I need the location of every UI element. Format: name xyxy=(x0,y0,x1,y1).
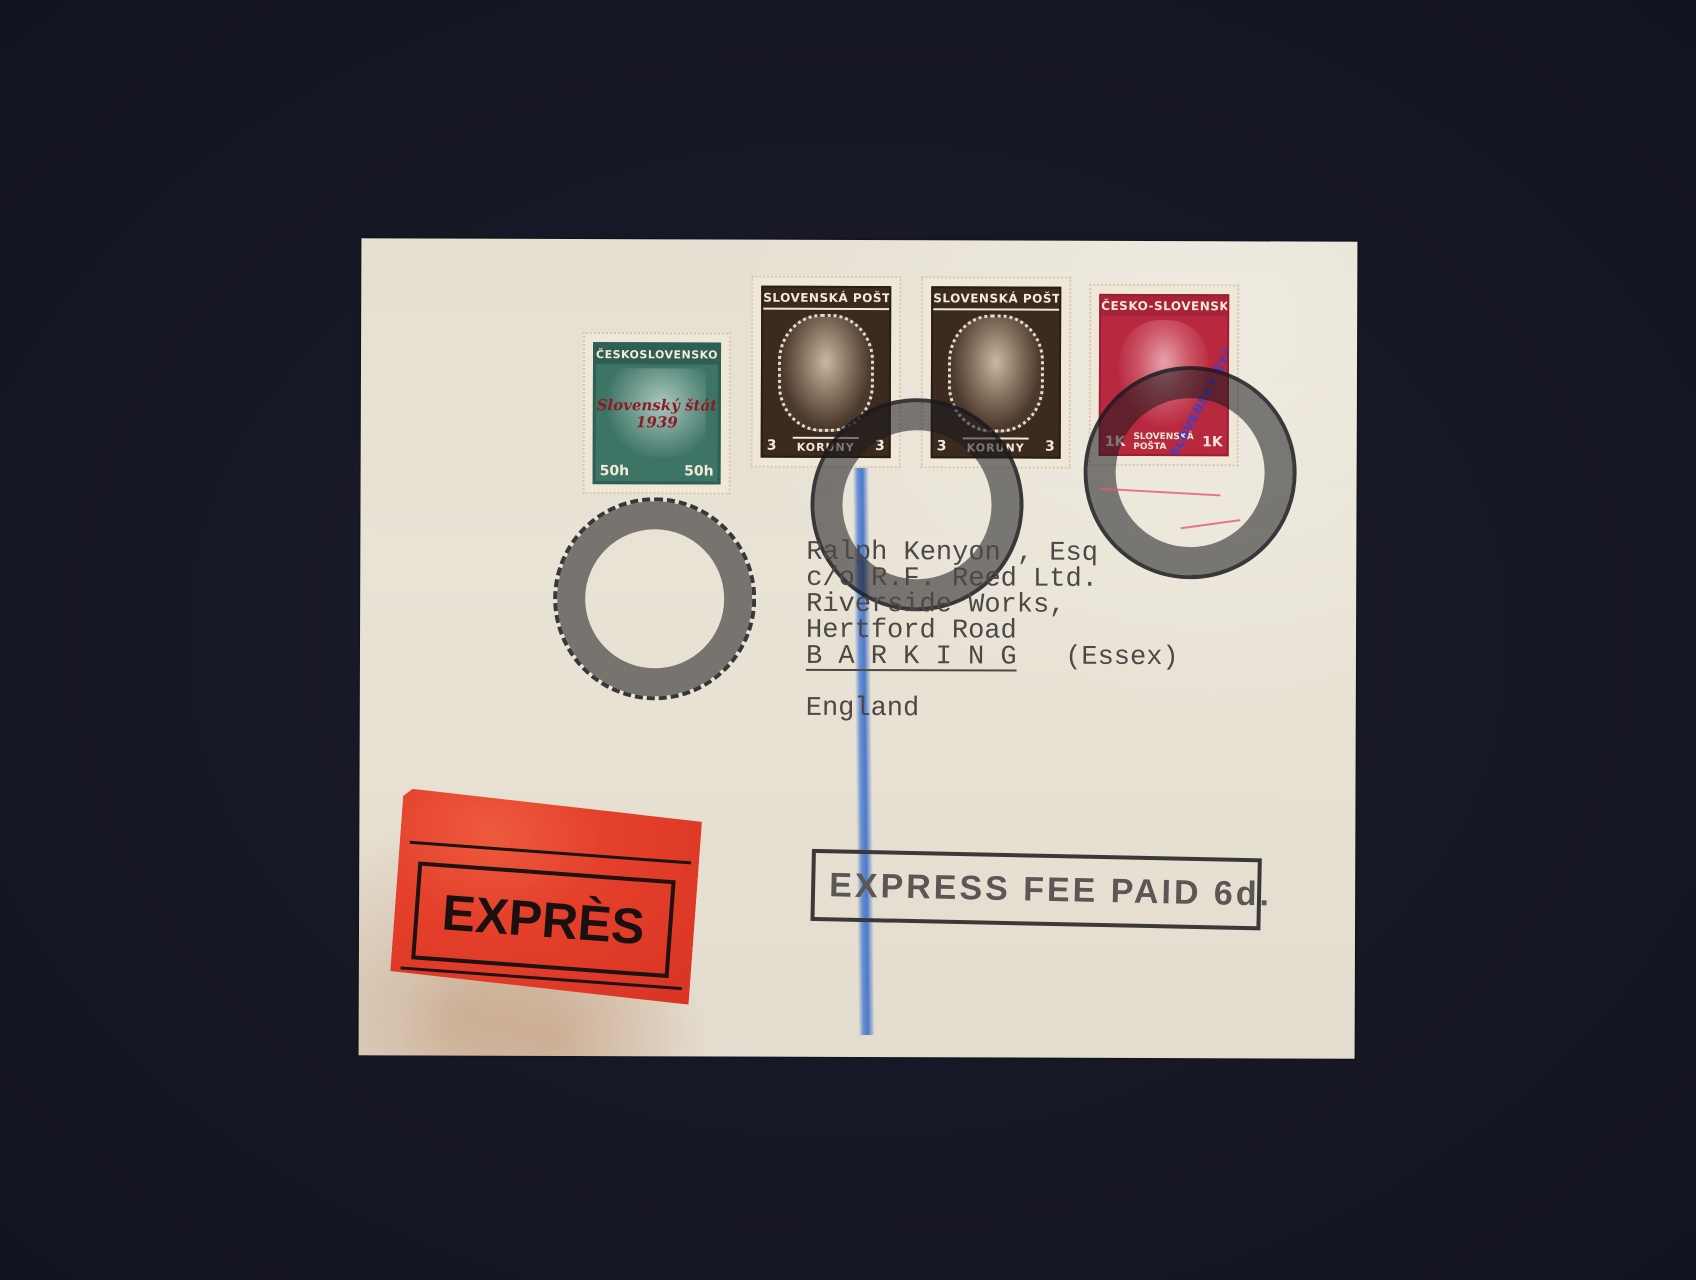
stamp-overprint: Slovenský štát 1939 xyxy=(596,397,718,431)
stamp-value-right: 50h xyxy=(680,461,718,481)
address-county: (Essex) xyxy=(1065,643,1179,673)
express-label: EXPRÈS xyxy=(389,788,702,1004)
postmark-cancel xyxy=(553,497,757,701)
express-label-text: EXPRÈS xyxy=(411,861,675,978)
stamp-country-text: SLOVENSKÁ POŠTA xyxy=(933,288,1059,310)
recipient-address: Ralph Kenyon , Esq c/o R.F. Reed Ltd. Ri… xyxy=(806,540,1179,723)
stamp-value-left: 50h xyxy=(596,461,634,481)
address-town: B A R K I N G xyxy=(806,642,1017,673)
stamp-50h-green: ČESKOSLOVENSKO 50h 50h Slovenský štát 19… xyxy=(583,332,732,495)
stamp-country-text: SLOVENSKÁ POŠTA xyxy=(763,288,889,310)
stamp-country-text: ČESKO-SLOVENSKO xyxy=(1101,296,1227,316)
label-rule xyxy=(410,841,691,865)
stamp-value-right: 3 xyxy=(1041,437,1059,457)
envelope: ČESKOSLOVENSKO 50h 50h Slovenský štát 19… xyxy=(359,238,1358,1058)
express-fee-cachet: EXPRESS FEE PAID 6d. xyxy=(810,849,1261,930)
address-country: England xyxy=(806,696,1179,723)
stamp-country-text: ČESKOSLOVENSKO xyxy=(596,345,718,364)
stamp-value-left: 3 xyxy=(763,436,781,456)
